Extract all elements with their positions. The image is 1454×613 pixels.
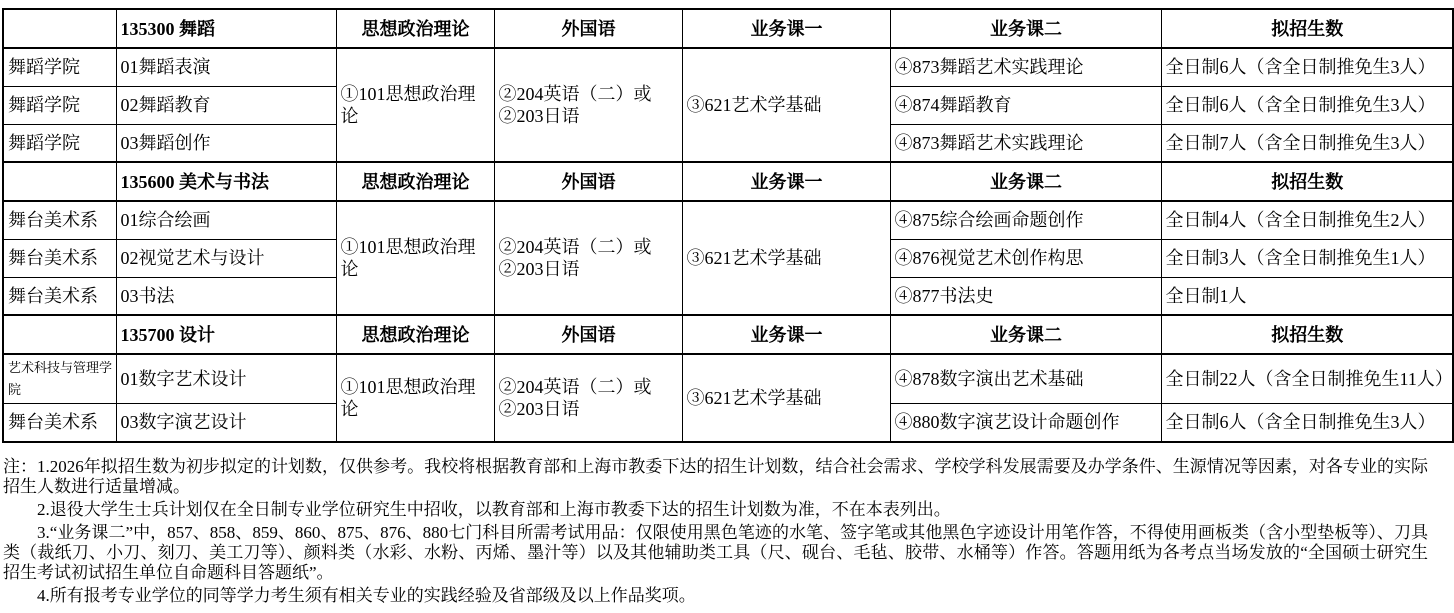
course-two-exam-cell: ④876视觉艺术创作构思 <box>890 239 1161 277</box>
enrollment-cell: 全日制1人 <box>1161 277 1453 315</box>
college-header-empty-cell <box>3 162 116 201</box>
course-two-exam-cell: ④877书法史 <box>890 277 1161 315</box>
enrollment-cell: 全日制7人（含全日制推免生3人） <box>1161 124 1453 162</box>
course-two-column-header: 业务课二 <box>890 162 1161 201</box>
course-two-exam-cell: ④873舞蹈艺术实践理论 <box>890 124 1161 162</box>
course-two-exam-cell: ④873舞蹈艺术实践理论 <box>890 48 1161 86</box>
course-one-exam-cell: ③621艺术学基础 <box>682 48 890 162</box>
note-1: 注：1.2026年拟招生数为初步拟定的计划数，仅供参考。我校将根据教育部和上海市… <box>3 457 1428 497</box>
table-row: 舞台美术系 01综合绘画 ①101思想政治理论 ②204英语（二）或 ②203日… <box>3 201 1453 239</box>
major-cell: 03舞蹈创作 <box>116 124 336 162</box>
admissions-exam-table: 135300 舞蹈 思想政治理论 外国语 业务课一 业务课二 拟招生数 舞蹈学院… <box>2 8 1454 443</box>
section-header-row-design: 135700 设计 思想政治理论 外国语 业务课一 业务课二 拟招生数 <box>3 315 1453 354</box>
college-cell: 舞蹈学院 <box>3 48 116 86</box>
enrollment-column-header: 拟招生数 <box>1161 9 1453 48</box>
course-two-exam-cell: ④874舞蹈教育 <box>890 86 1161 124</box>
major-cell: 02舞蹈教育 <box>116 86 336 124</box>
enrollment-column-header: 拟招生数 <box>1161 162 1453 201</box>
course-two-exam-cell: ④880数字演艺设计命题创作 <box>890 404 1161 442</box>
enrollment-cell: 全日制22人（含全日制推免生11人） <box>1161 354 1453 404</box>
enrollment-cell: 全日制4人（含全日制推免生2人） <box>1161 201 1453 239</box>
foreign-column-header: 外国语 <box>494 162 682 201</box>
college-cell: 舞台美术系 <box>3 277 116 315</box>
course-two-column-header: 业务课二 <box>890 9 1161 48</box>
course-one-exam-cell: ③621艺术学基础 <box>682 201 890 315</box>
college-cell: 舞蹈学院 <box>3 86 116 124</box>
course-two-exam-cell: ④878数字演出艺术基础 <box>890 354 1161 404</box>
major-cell: 01数字艺术设计 <box>116 354 336 404</box>
foreign-column-header: 外国语 <box>494 315 682 354</box>
program-header: 135300 舞蹈 <box>116 9 336 48</box>
course-one-column-header: 业务课一 <box>682 315 890 354</box>
note-4: 4.所有报考专业学位的同等学力考生须有相关专业的实践经验及省部级及以上作品奖项。 <box>3 586 1428 606</box>
college-cell: 舞台美术系 <box>3 404 116 442</box>
major-cell: 03书法 <box>116 277 336 315</box>
politics-column-header: 思想政治理论 <box>336 315 494 354</box>
politics-column-header: 思想政治理论 <box>336 9 494 48</box>
note-2: 2.退役大学生士兵计划仅在全日制专业学位研究生中招收，以教育部和上海市教委下达的… <box>3 500 1428 520</box>
course-one-column-header: 业务课一 <box>682 9 890 48</box>
course-two-column-header: 业务课二 <box>890 315 1161 354</box>
foreign-exam-cell: ②204英语（二）或 ②203日语 <box>494 201 682 315</box>
politics-exam-cell: ①101思想政治理论 <box>336 201 494 315</box>
section-header-row-dance: 135300 舞蹈 思想政治理论 外国语 业务课一 业务课二 拟招生数 <box>3 9 1453 48</box>
program-header: 135700 设计 <box>116 315 336 354</box>
course-one-exam-cell: ③621艺术学基础 <box>682 354 890 442</box>
college-cell: 艺术科技与管理学院 <box>3 354 116 404</box>
college-cell: 舞台美术系 <box>3 201 116 239</box>
enrollment-cell: 全日制6人（含全日制推免生3人） <box>1161 404 1453 442</box>
politics-column-header: 思想政治理论 <box>336 162 494 201</box>
foreign-exam-cell: ②204英语（二）或 ②203日语 <box>494 48 682 162</box>
college-header-empty-cell <box>3 315 116 354</box>
college-cell: 舞台美术系 <box>3 239 116 277</box>
section-header-row-fine-arts: 135600 美术与书法 思想政治理论 外国语 业务课一 业务课二 拟招生数 <box>3 162 1453 201</box>
enrollment-cell: 全日制3人（含全日制推免生1人） <box>1161 239 1453 277</box>
course-one-column-header: 业务课一 <box>682 162 890 201</box>
notes-section: 注：1.2026年拟招生数为初步拟定的计划数，仅供参考。我校将根据教育部和上海市… <box>0 457 1454 606</box>
enrollment-cell: 全日制6人（含全日制推免生3人） <box>1161 48 1453 86</box>
major-cell: 02视觉艺术与设计 <box>116 239 336 277</box>
program-header: 135600 美术与书法 <box>116 162 336 201</box>
college-cell: 舞蹈学院 <box>3 124 116 162</box>
major-cell: 01舞蹈表演 <box>116 48 336 86</box>
enrollment-cell: 全日制6人（含全日制推免生3人） <box>1161 86 1453 124</box>
college-header-empty-cell <box>3 9 116 48</box>
course-two-exam-cell: ④875综合绘画命题创作 <box>890 201 1161 239</box>
politics-exam-cell: ①101思想政治理论 <box>336 48 494 162</box>
table-row: 舞蹈学院 01舞蹈表演 ①101思想政治理论 ②204英语（二）或 ②203日语… <box>3 48 1453 86</box>
major-cell: 01综合绘画 <box>116 201 336 239</box>
foreign-exam-cell: ②204英语（二）或 ②203日语 <box>494 354 682 442</box>
politics-exam-cell: ①101思想政治理论 <box>336 354 494 442</box>
enrollment-column-header: 拟招生数 <box>1161 315 1453 354</box>
foreign-column-header: 外国语 <box>494 9 682 48</box>
note-3: 3.“业务课二”中，857、858、859、860、875、876、880七门科… <box>3 523 1428 583</box>
major-cell: 03数字演艺设计 <box>116 404 336 442</box>
table-row: 艺术科技与管理学院 01数字艺术设计 ①101思想政治理论 ②204英语（二）或… <box>3 354 1453 404</box>
